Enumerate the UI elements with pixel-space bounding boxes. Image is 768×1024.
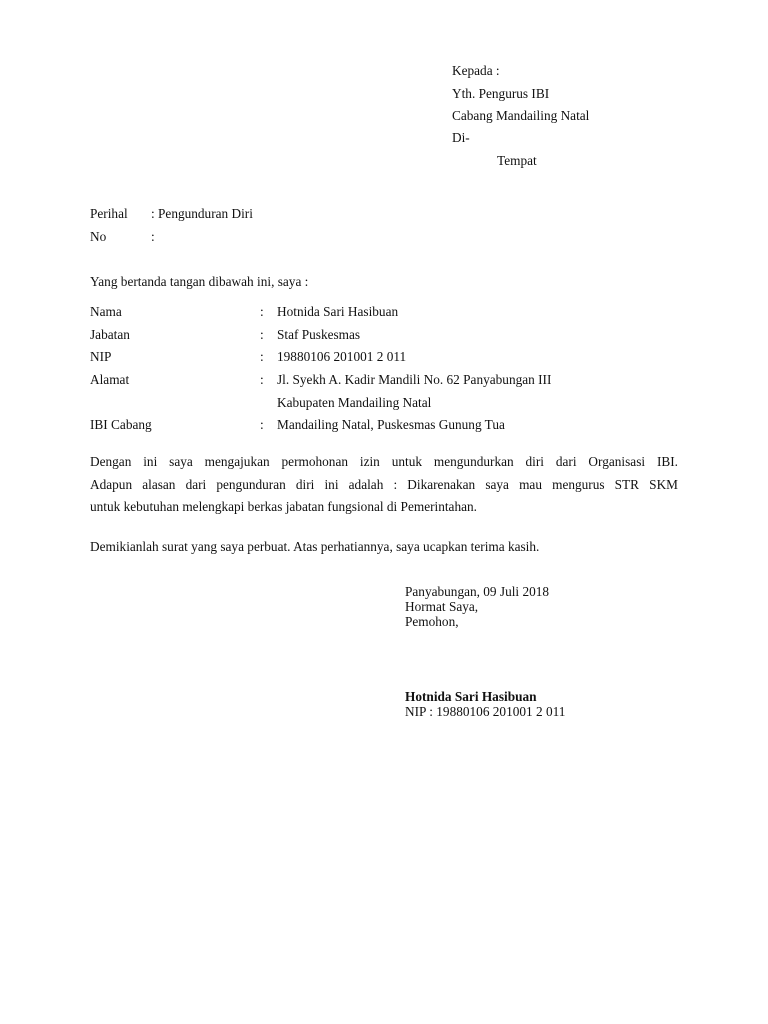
recipient-cabang: Cabang Mandailing Natal [452, 109, 589, 122]
body-line: Dengan ini saya mengajukan permohonan iz… [90, 451, 678, 474]
body-paragraph: Dengan ini saya mengajukan permohonan iz… [90, 451, 678, 519]
detail-label: Nama [90, 305, 122, 318]
role: Pemohon, [405, 614, 565, 629]
detail-value: Mandailing Natal, Puskesmas Gunung Tua [277, 418, 505, 431]
detail-colon: : [260, 328, 264, 341]
recipient-tempat: Tempat [497, 154, 537, 167]
no-value: : [151, 230, 155, 243]
body-line: untuk kebutuhan melengkapi berkas jabata… [90, 496, 678, 519]
detail-colon: : [260, 350, 264, 363]
detail-colon: : [260, 418, 264, 431]
detail-colon: : [260, 305, 264, 318]
detail-label: IBI Cabang [90, 418, 152, 431]
signature-block: Panyabungan, 09 Juli 2018 Hormat Saya, P… [405, 584, 565, 719]
no-label: No [90, 230, 106, 243]
detail-value: Staf Puskesmas [277, 328, 360, 341]
recipient-yth: Yth. Pengurus IBI [452, 87, 549, 100]
recipient-di: Di- [452, 131, 470, 144]
detail-label: Jabatan [90, 328, 130, 341]
detail-label: NIP [90, 350, 111, 363]
place-date: Panyabungan, 09 Juli 2018 [405, 584, 565, 599]
detail-value: 19880106 201001 2 011 [277, 350, 406, 363]
detail-value: Jl. Syekh A. Kadir Mandili No. 62 Panyab… [277, 373, 551, 386]
detail-value: Kabupaten Mandailing Natal [277, 396, 431, 409]
signature-space [405, 629, 565, 689]
recipient-kepada: Kepada : [452, 64, 500, 77]
detail-label: Alamat [90, 373, 129, 386]
closing-text: Demikianlah surat yang saya perbuat. Ata… [90, 540, 539, 553]
signer-nip: NIP : 19880106 201001 2 011 [405, 704, 565, 719]
regards: Hormat Saya, [405, 599, 565, 614]
detail-value: Hotnida Sari Hasibuan [277, 305, 398, 318]
body-line: Adapun alasan dari pengunduran diri ini … [90, 474, 678, 497]
signer-name: Hotnida Sari Hasibuan [405, 689, 565, 704]
perihal-value: : Pengunduran Diri [151, 207, 253, 220]
intro-text: Yang bertanda tangan dibawah ini, saya : [90, 275, 308, 288]
detail-colon: : [260, 373, 264, 386]
perihal-label: Perihal [90, 207, 128, 220]
